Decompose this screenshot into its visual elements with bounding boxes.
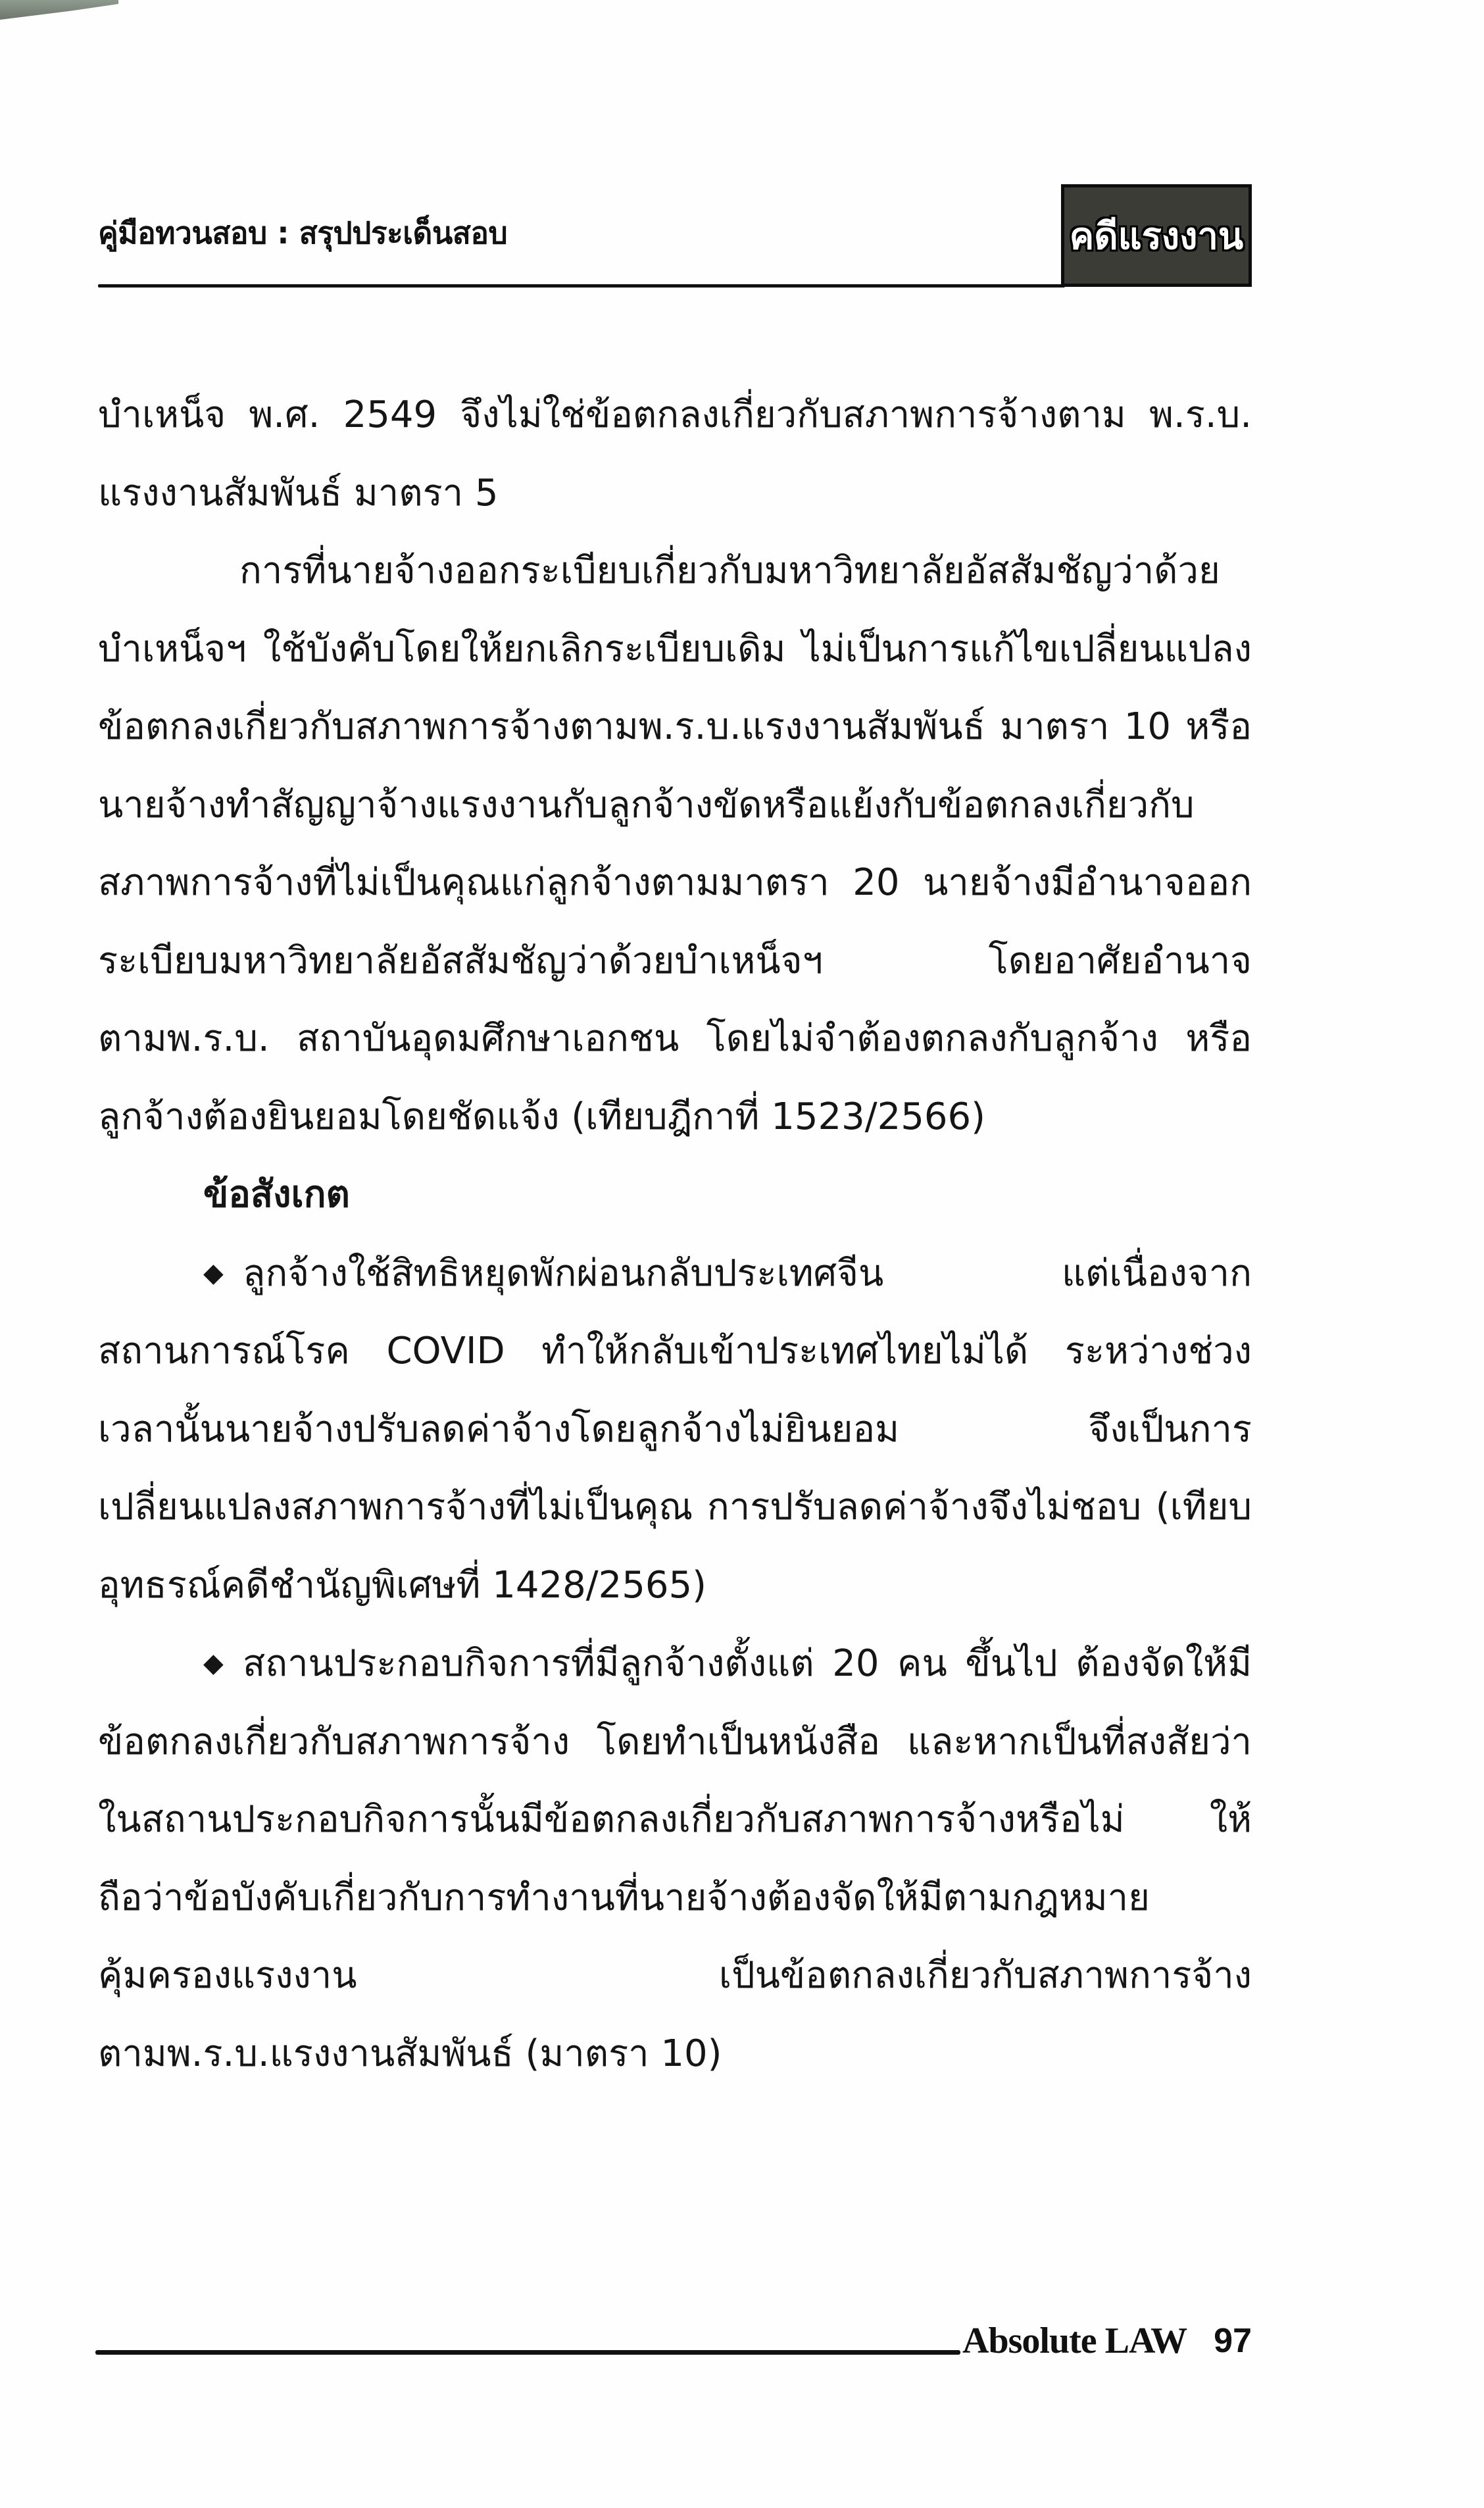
- running-footer: Absolute LAW 97: [95, 2316, 1252, 2369]
- section-label-box: คดีแรงงาน: [1061, 184, 1252, 287]
- note-text: สถานประกอบกิจการที่มีลูกจ้างตั้งแต่ 20 ค…: [98, 1642, 1252, 2075]
- notes-heading: ข้อสังเกต: [98, 1156, 1252, 1234]
- paragraph-regulation: การที่นายจ้างออกระเบียบเกี่ยวกับมหาวิทยา…: [98, 532, 1252, 1156]
- footer-brand: Absolute LAW: [962, 2320, 1187, 2362]
- running-header: คู่มือทวนสอบ : สรุปประเด็นสอบ คดีแรงงาน: [98, 184, 1252, 289]
- diamond-bullet-icon: ◆: [203, 1624, 243, 1703]
- scan-corner-artifact: [0, 0, 118, 20]
- paragraph-continued: บำเหน็จ พ.ศ. 2549 จึงไม่ใช่ข้อตกลงเกี่ยว…: [98, 376, 1252, 532]
- header-divider: [98, 284, 1065, 288]
- note-item: ◆สถานประกอบกิจการที่มีลูกจ้างตั้งแต่ 20 …: [98, 1624, 1252, 2093]
- note-text: ลูกจ้างใช้สิทธิหยุดพักผ่อนกลับประเทศจีน …: [98, 1252, 1252, 1607]
- footer-divider: [95, 2350, 960, 2355]
- section-label: คดีแรงงาน: [1070, 207, 1243, 265]
- note-item: ◆ลูกจ้างใช้สิทธิหยุดพักผ่อนกลับประเทศจีน…: [98, 1234, 1252, 1625]
- diamond-bullet-icon: ◆: [203, 1234, 243, 1313]
- book-title: คู่มือทวนสอบ : สรุปประเด็นสอบ: [98, 209, 507, 257]
- page-number: 97: [1214, 2321, 1252, 2361]
- page-body: บำเหน็จ พ.ศ. 2549 จึงไม่ใช่ข้อตกลงเกี่ยว…: [98, 376, 1252, 2093]
